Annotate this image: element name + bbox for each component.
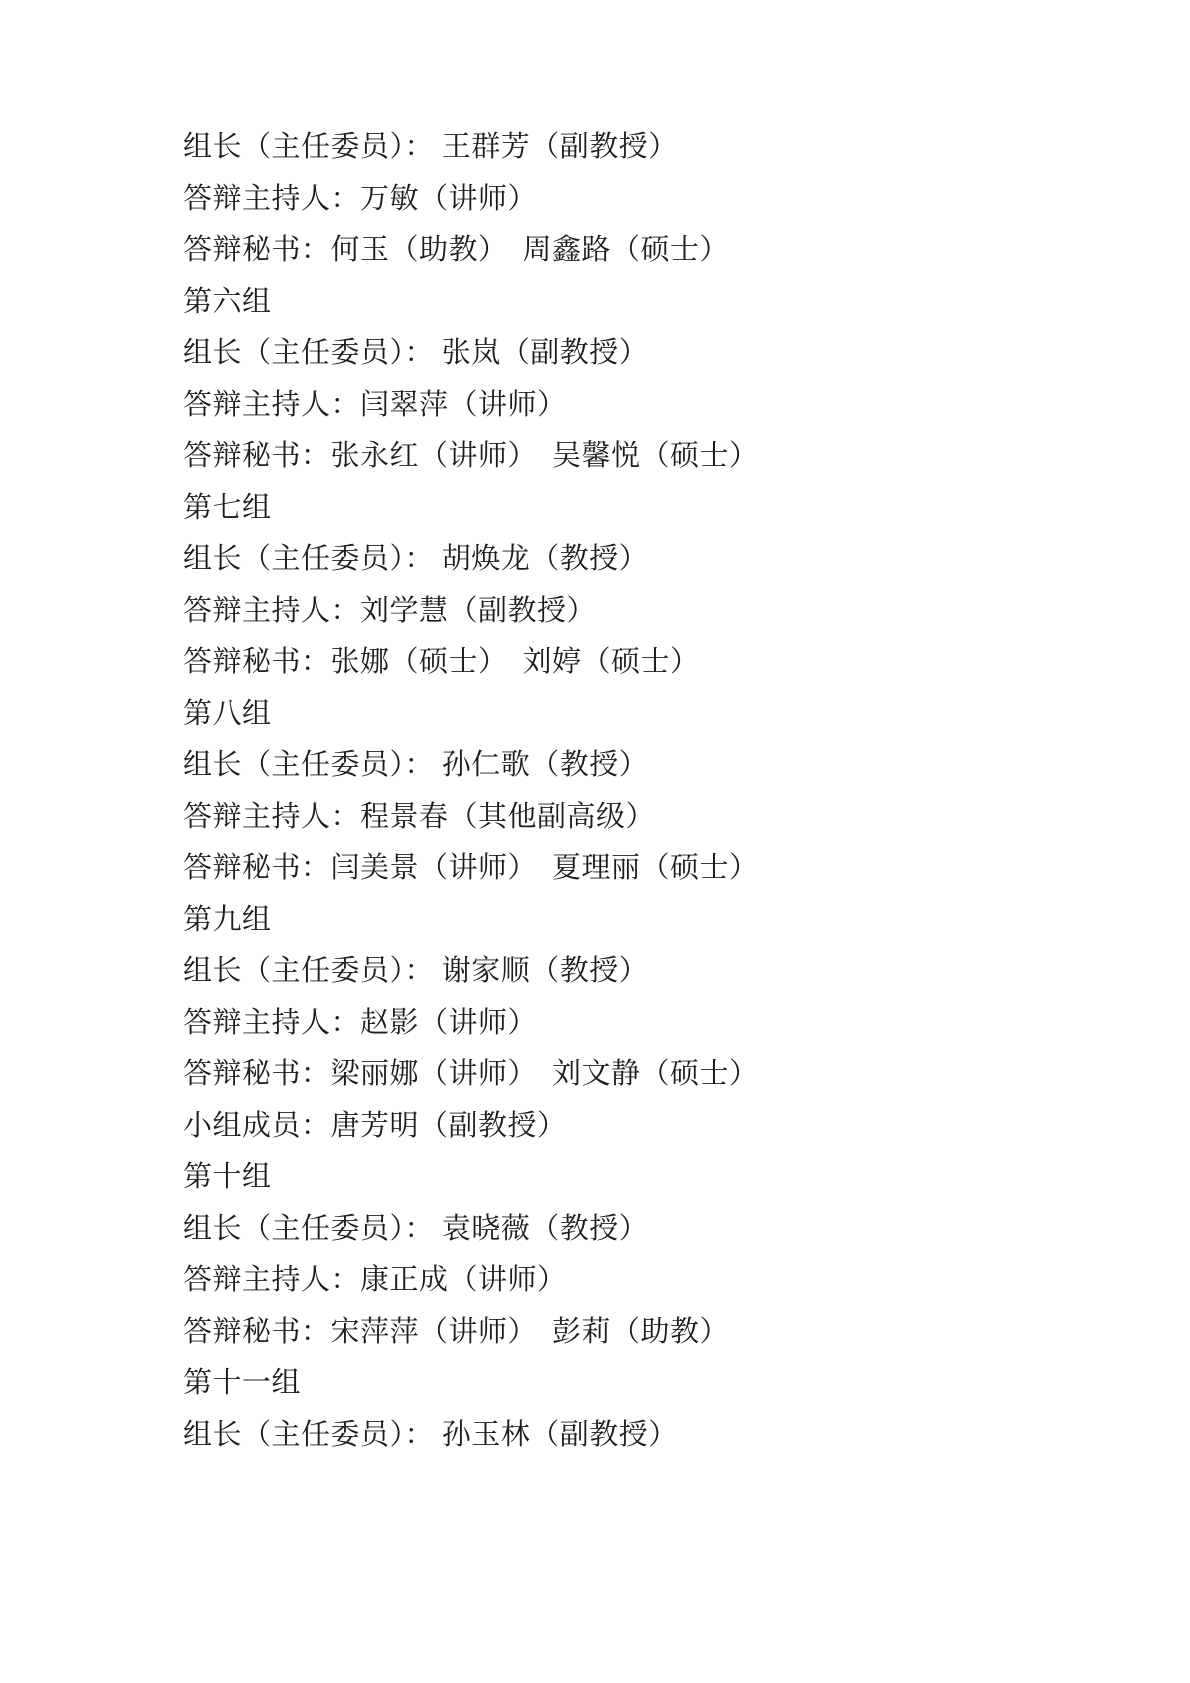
entry-defense-host: 答辩主持人：程景春（其他副高级） xyxy=(183,792,1100,844)
entry-defense-secretary: 答辩秘书：张永红（讲师） 吴馨悦（硕士） xyxy=(183,431,1100,483)
entry-group-leader: 组长（主任委员）： 袁晓薇（教授） xyxy=(183,1204,1100,1256)
entry-group-leader: 组长（主任委员）： 张岚（副教授） xyxy=(183,328,1100,380)
entry-defense-secretary: 答辩秘书：闫美景（讲师） 夏理丽（硕士） xyxy=(183,843,1100,895)
group-heading-6: 第六组 xyxy=(183,277,1100,329)
group-heading-10: 第十组 xyxy=(183,1152,1100,1204)
entry-defense-secretary: 答辩秘书：宋萍萍（讲师） 彭莉（助教） xyxy=(183,1307,1100,1359)
entry-defense-host: 答辩主持人：刘学慧（副教授） xyxy=(183,586,1100,638)
entry-defense-secretary: 答辩秘书：梁丽娜（讲师） 刘文静（硕士） xyxy=(183,1049,1100,1101)
group-heading-8: 第八组 xyxy=(183,689,1100,741)
entry-group-leader: 组长（主任委员）： 孙仁歌（教授） xyxy=(183,740,1100,792)
entry-defense-host: 答辩主持人：康正成（讲师） xyxy=(183,1255,1100,1307)
entry-group-leader: 组长（主任委员）： 胡焕龙（教授） xyxy=(183,534,1100,586)
group-heading-11: 第十一组 xyxy=(183,1358,1100,1410)
group-heading-9: 第九组 xyxy=(183,895,1100,947)
entry-group-member: 小组成员：唐芳明（副教授） xyxy=(183,1101,1100,1153)
entry-group-leader: 组长（主任委员）： 谢家顺（教授） xyxy=(183,946,1100,998)
entry-defense-host: 答辩主持人：赵影（讲师） xyxy=(183,998,1100,1050)
document-body: 组长（主任委员）： 王群芳（副教授） 答辩主持人：万敏（讲师） 答辩秘书：何玉（… xyxy=(183,122,1100,1461)
entry-defense-secretary: 答辩秘书：张娜（硕士） 刘婷（硕士） xyxy=(183,637,1100,689)
entry-defense-secretary: 答辩秘书：何玉（助教） 周鑫路（硕士） xyxy=(183,225,1100,277)
entry-defense-host: 答辩主持人：万敏（讲师） xyxy=(183,174,1100,226)
entry-group-leader: 组长（主任委员）： 孙玉林（副教授） xyxy=(183,1410,1100,1462)
group-heading-7: 第七组 xyxy=(183,483,1100,535)
entry-group-leader: 组长（主任委员）： 王群芳（副教授） xyxy=(183,122,1100,174)
entry-defense-host: 答辩主持人：闫翠萍（讲师） xyxy=(183,380,1100,432)
document-page: 组长（主任委员）： 王群芳（副教授） 答辩主持人：万敏（讲师） 答辩秘书：何玉（… xyxy=(0,0,1190,1683)
